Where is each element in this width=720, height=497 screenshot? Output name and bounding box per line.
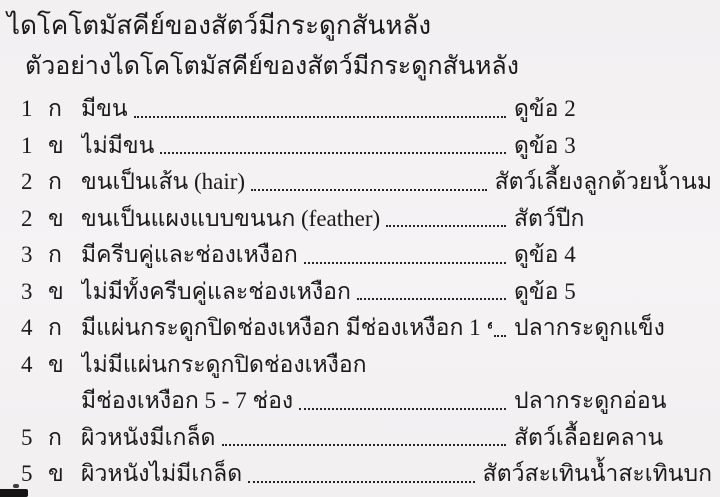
- row-result: สัตว์ปีก: [514, 204, 712, 234]
- key-row-4b-continuation: มีช่องเหงือก 5 - 7 ช่อง ปลากระดูกอ่อน: [0, 383, 720, 420]
- key-row-4b: 4 ข ไม่มีแผ่นกระดูกปิดช่องเหงือก: [0, 347, 720, 384]
- dichotomous-key-list: 1 ก มีขน ดูข้อ 2 1 ข ไม่มีขน ดูข้อ 3 2 ก…: [0, 91, 720, 493]
- row-number: 5: [21, 423, 48, 453]
- row-description: ผิวหนังมีเกล็ด: [81, 423, 220, 453]
- dotted-leader: [160, 152, 506, 154]
- dotted-leader: [386, 225, 506, 227]
- row-description: มีช่องเหงือก 5 - 7 ช่อง: [81, 386, 297, 416]
- row-description: ไม่มีทั้งครีบคู่และช่องเหงือก: [81, 277, 355, 307]
- dotted-leader: [357, 298, 506, 300]
- key-row-3b: 3 ข ไม่มีทั้งครีบคู่และช่องเหงือก ดูข้อ …: [0, 274, 720, 311]
- row-number: 3: [21, 277, 48, 307]
- key-row-1b: 1 ข ไม่มีขน ดูข้อ 3: [0, 128, 720, 165]
- row-result: ดูข้อ 5: [514, 277, 712, 307]
- key-row-1a: 1 ก มีขน ดูข้อ 2: [0, 91, 720, 128]
- document-page: ไดโคโตมัสคีย์ของสัตว์มีกระดูกสันหลัง ตัว…: [0, 0, 720, 497]
- scan-artifact-dot: [13, 484, 19, 488]
- row-number: 2: [21, 204, 48, 234]
- row-description: ขนเป็นเส้น (hair): [81, 167, 249, 197]
- row-letter: ก: [48, 423, 81, 453]
- row-number: 5: [21, 459, 48, 489]
- dotted-leader: [494, 335, 506, 337]
- row-result: สัตว์เลี้ยงลูกด้วยน้ำนม: [495, 167, 712, 197]
- row-description: ผิวหนังไม่มีเกล็ด: [81, 459, 246, 489]
- row-number: 3: [21, 240, 48, 270]
- row-result: ปลากระดูกอ่อน: [514, 386, 712, 416]
- row-description: มีขน: [81, 94, 132, 124]
- row-number: 4: [21, 350, 48, 380]
- row-description: มีแผ่นกระดูกปิดช่องเหงือก มีช่องเหงือก 1…: [81, 313, 492, 343]
- row-letter: ก: [48, 94, 81, 124]
- key-row-5a: 5 ก ผิวหนังมีเกล็ด สัตว์เลื้อยคลาน: [0, 420, 720, 457]
- row-letter: ข: [48, 131, 81, 161]
- row-result: ดูข้อ 2: [514, 94, 712, 124]
- row-result: สัตว์สะเทินน้ำสะเทินบก: [483, 459, 712, 489]
- row-description: ไม่มีแผ่นกระดูกปิดช่องเหงือก: [81, 350, 371, 380]
- dotted-leader: [222, 444, 507, 446]
- row-letter: ข: [48, 350, 81, 380]
- row-letter: ก: [48, 167, 81, 197]
- row-result: ปลากระดูกแข็ง: [514, 313, 712, 343]
- row-result: สัตว์เลื้อยคลาน: [514, 423, 712, 453]
- dotted-leader: [251, 189, 487, 191]
- key-row-2b: 2 ข ขนเป็นแผงแบบขนนก (feather) สัตว์ปีก: [0, 201, 720, 238]
- dotted-leader: [299, 408, 506, 410]
- row-description: มีครีบคู่และช่องเหงือก: [81, 240, 302, 270]
- key-row-3a: 3 ก มีครีบคู่และช่องเหงือก ดูข้อ 4: [0, 237, 720, 274]
- row-description: ขนเป็นแผงแบบขนนก (feather): [81, 204, 384, 234]
- row-number: 4: [21, 313, 48, 343]
- row-letter: ข: [48, 277, 81, 307]
- row-letter: ก: [48, 240, 81, 270]
- row-description: ไม่มีขน: [81, 131, 158, 161]
- row-letter: ข: [48, 459, 81, 489]
- row-number: 1: [21, 131, 48, 161]
- row-number: 1: [21, 94, 48, 124]
- row-letter: ข: [48, 204, 81, 234]
- page-title: ไดโคโตมัสคีย์ของสัตว์มีกระดูกสันหลัง: [0, 0, 720, 43]
- key-row-2a: 2 ก ขนเป็นเส้น (hair) สัตว์เลี้ยงลูกด้วย…: [0, 164, 720, 201]
- key-row-5b: 5 ข ผิวหนังไม่มีเกล็ด สัตว์สะเทินน้ำสะเท…: [0, 456, 720, 493]
- page-subtitle: ตัวอย่างไดโคโตมัสคีย์ของสัตว์มีกระดูกสัน…: [0, 43, 720, 84]
- dotted-leader: [304, 262, 506, 264]
- row-letter: ก: [48, 313, 81, 343]
- scan-artifact-bar: [0, 489, 28, 497]
- row-number: 2: [21, 167, 48, 197]
- row-result: ดูข้อ 3: [514, 131, 712, 161]
- dotted-leader: [134, 116, 506, 118]
- dotted-leader: [248, 481, 474, 483]
- key-row-4a: 4 ก มีแผ่นกระดูกปิดช่องเหงือก มีช่องเหงื…: [0, 310, 720, 347]
- row-result: ดูข้อ 4: [514, 240, 712, 270]
